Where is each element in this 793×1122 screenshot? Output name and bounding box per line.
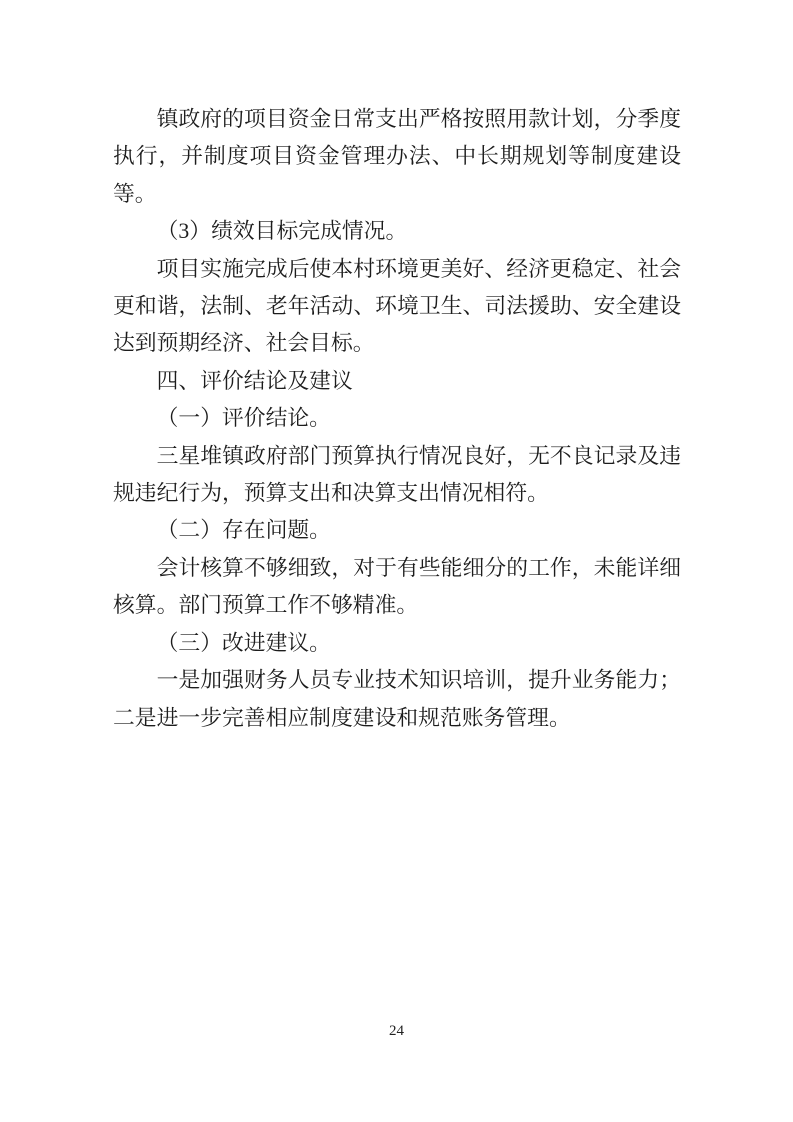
paragraph: 三星堆镇政府部门预算执行情况良好，无不良记录及违规违纪行为，预算支出和决算支出情…	[113, 438, 681, 513]
paragraph: 会计核算不够细致，对于有些能细分的工作，未能详细核算。部门预算工作不够精准。	[113, 550, 681, 625]
paragraph: 一是加强财务人员专业技术知识培训，提升业务能力；二是进一步完善相应制度建设和规范…	[113, 662, 681, 737]
document-page: 镇政府的项目资金日常支出严格按照用款计划，分季度执行，并制度项目资金管理办法、中…	[0, 0, 793, 1122]
paragraph: （3）绩效目标完成情况。	[113, 213, 681, 250]
paragraph: （三）改进建议。	[113, 625, 681, 662]
page-number: 24	[389, 1023, 404, 1039]
paragraph: 四、评价结论及建议	[113, 363, 681, 400]
page-footer: 24	[0, 1022, 793, 1040]
paragraph: （二）存在问题。	[113, 512, 681, 549]
document-body: 镇政府的项目资金日常支出严格按照用款计划，分季度执行，并制度项目资金管理办法、中…	[113, 101, 681, 737]
paragraph: 项目实施完成后使本村环境更美好、经济更稳定、社会更和谐，法制、老年活动、环境卫生…	[113, 251, 681, 363]
paragraph: 镇政府的项目资金日常支出严格按照用款计划，分季度执行，并制度项目资金管理办法、中…	[113, 101, 681, 213]
paragraph: （一）评价结论。	[113, 400, 681, 437]
